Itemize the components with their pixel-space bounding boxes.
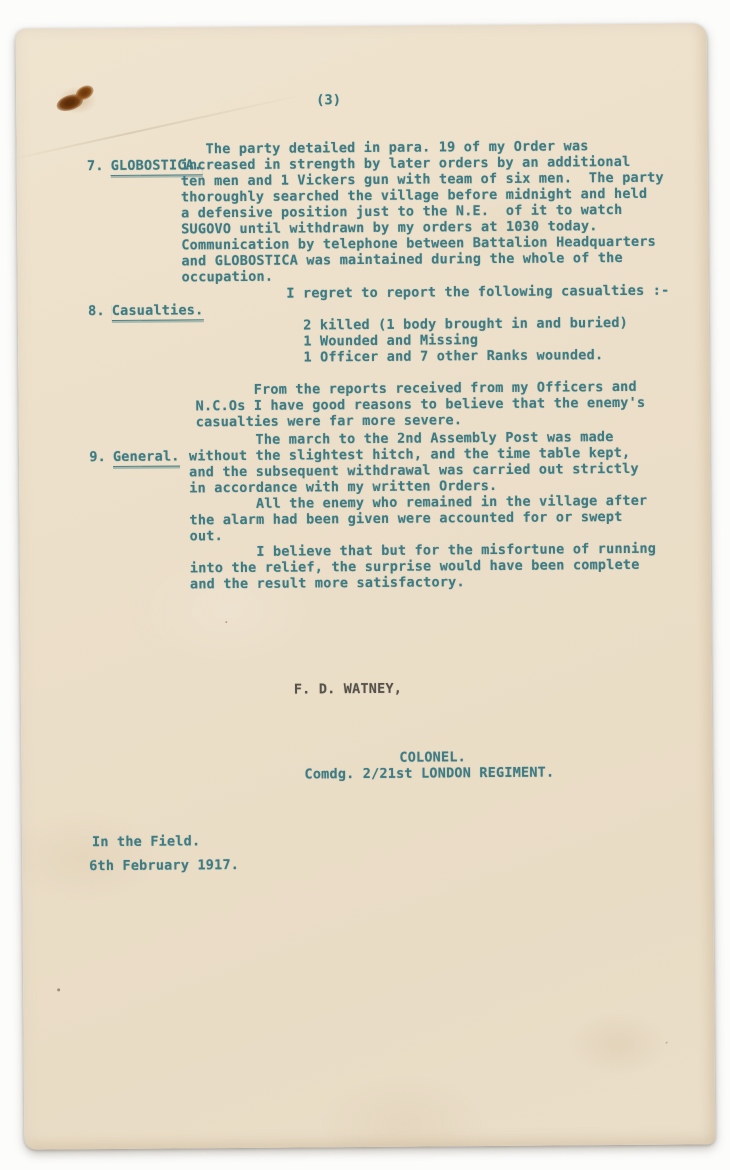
paper-speck-decoration bbox=[57, 988, 60, 991]
paper-speck-decoration bbox=[225, 621, 227, 623]
rust-stain-decoration bbox=[54, 84, 100, 116]
section-8-number: 8. bbox=[88, 303, 105, 319]
signature-rank: COLONEL. bbox=[399, 749, 466, 766]
document-page: (3) 7.GLOBOSTICA. The party detailed in … bbox=[16, 23, 716, 1149]
section-8-label: 8.Casualties. bbox=[55, 286, 204, 335]
section-9-body: The march to the 2nd Assembly Post was m… bbox=[189, 429, 657, 593]
section-8-body: I regret to report the following casualt… bbox=[195, 283, 671, 431]
section-9-heading: General. bbox=[113, 448, 180, 467]
signature-name: F. D. WATNEY, bbox=[294, 681, 402, 698]
footer-date: 6th February 1917. bbox=[89, 857, 239, 874]
page-number: (3) bbox=[316, 92, 341, 108]
paper-speck-decoration bbox=[666, 1042, 668, 1044]
footer-place: In the Field. bbox=[92, 833, 200, 850]
section-9-label: 9.General. bbox=[56, 432, 180, 481]
section-8-heading: Casualties. bbox=[112, 302, 204, 321]
section-7-number: 7. bbox=[87, 158, 104, 174]
signature-command: Comdg. 2/21st LONDON REGIMENT. bbox=[304, 765, 554, 783]
section-9-number: 9. bbox=[89, 449, 106, 465]
section-7-body: The party detailed in para. 19 of my Ord… bbox=[180, 138, 664, 286]
